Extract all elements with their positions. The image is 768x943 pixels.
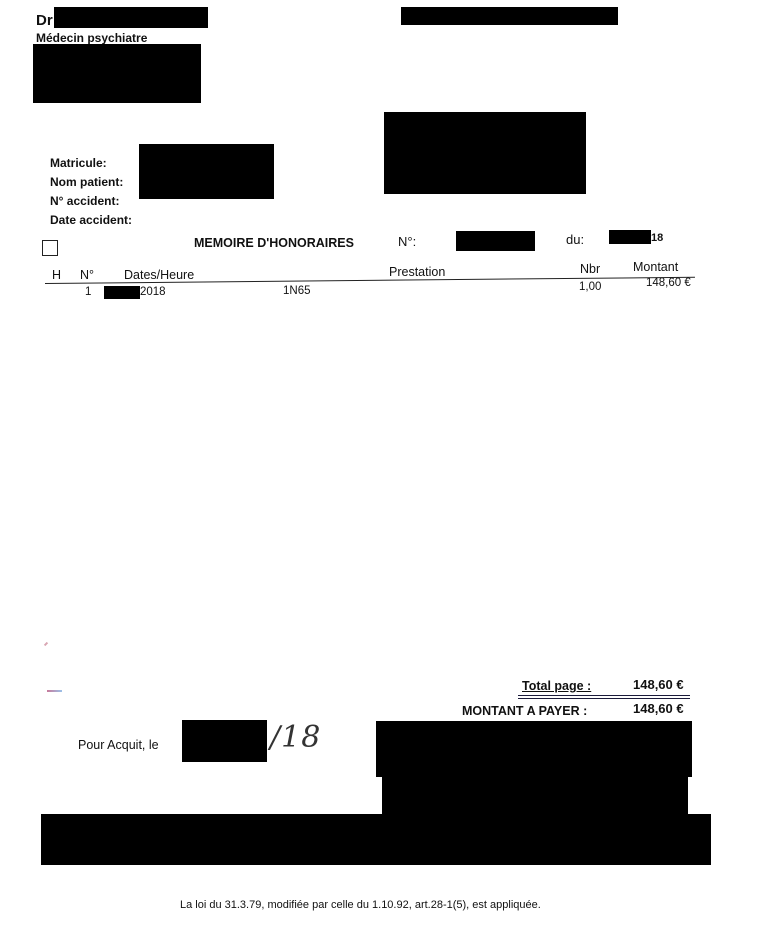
redacted-header-right: [401, 7, 618, 25]
col-header-nbr: Nbr: [580, 262, 600, 276]
redacted-stamp-bottom: [41, 814, 711, 865]
label-numero-accident: N° accident:: [50, 194, 119, 208]
redacted-patient-details: [139, 144, 274, 199]
col-header-dates: Dates/Heure: [124, 268, 194, 282]
redacted-row-date: [104, 286, 140, 299]
row-date-year: 2018: [140, 286, 166, 298]
col-header-prestation: Prestation: [389, 265, 445, 279]
redacted-memo-date: [609, 230, 651, 244]
row-montant: 148,60 €: [646, 277, 691, 289]
memo-title: MEMOIRE D'HONORAIRES: [194, 236, 354, 250]
amount-to-pay-value: 148,60 €: [633, 701, 684, 716]
redacted-doctor-name: [54, 7, 208, 28]
label-matricule: Matricule:: [50, 156, 107, 170]
total-page-value: 148,60 €: [633, 677, 684, 692]
label-date-accident: Date accident:: [50, 213, 132, 227]
legal-footer: La loi du 31.3.79, modifiée par celle du…: [180, 899, 541, 911]
redacted-doctor-address: [33, 44, 201, 103]
row-nbr: 1,00: [579, 281, 601, 293]
memo-date-label: du:: [566, 232, 584, 247]
col-header-n: N°: [80, 268, 94, 282]
handwritten-date: /18: [270, 720, 321, 755]
scan-speck: [44, 642, 48, 646]
memo-date-suffix: 18: [651, 232, 663, 244]
redacted-acquit-date: [182, 720, 267, 762]
redacted-signature-top: [376, 721, 692, 777]
scan-speck: [47, 690, 62, 692]
amount-to-pay-label: MONTANT A PAYER :: [462, 704, 587, 718]
label-nom-patient: Nom patient:: [50, 175, 123, 189]
checkbox[interactable]: [42, 240, 58, 256]
acquit-label: Pour Acquit, le: [78, 738, 159, 752]
row-code: 1N65: [283, 285, 311, 297]
memo-number-label: N°:: [398, 234, 416, 249]
doctor-prefix: Dr: [36, 12, 53, 29]
total-double-rule-bottom: [518, 698, 690, 699]
doctor-specialty: Médecin psychiatre: [36, 31, 147, 45]
redacted-recipient-address: [384, 112, 586, 194]
col-header-h: H: [52, 268, 61, 282]
col-header-montant: Montant: [633, 260, 678, 274]
redacted-memo-number: [456, 231, 535, 251]
redacted-signature-middle: [382, 776, 688, 814]
total-double-rule-top: [518, 695, 690, 696]
total-page-label: Total page :: [522, 679, 591, 693]
row-number: 1: [85, 286, 91, 298]
